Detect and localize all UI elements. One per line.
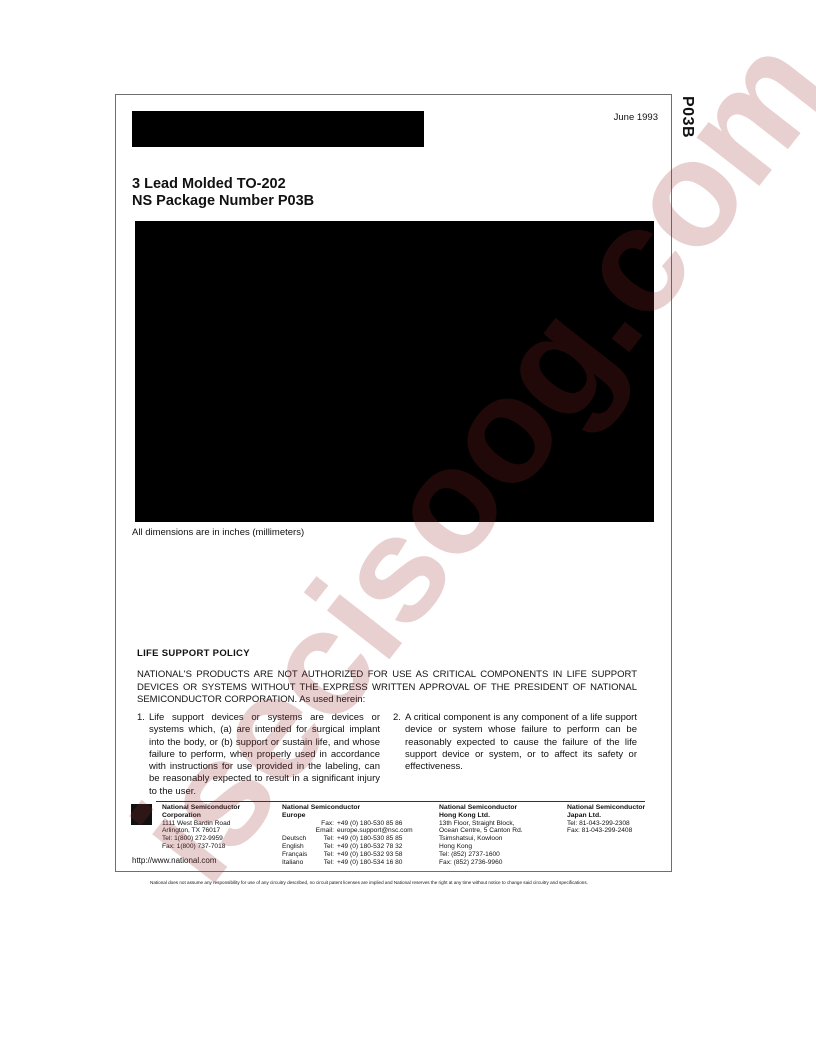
policy-item-2: 2. A critical component is any component…	[393, 712, 637, 773]
policy-item-number: 1.	[137, 712, 145, 724]
phone-line: Tel: 81-043-299-2308	[567, 820, 630, 827]
language-label: English	[282, 843, 310, 851]
contact-value: +49 (0) 180-532 93 58	[337, 851, 402, 859]
dimension-note: All dimensions are in inches (millimeter…	[132, 527, 304, 538]
contact-type-label: Email:	[310, 827, 337, 835]
office-subname: Japan Ltd.	[567, 812, 601, 819]
fax-line: Fax: 81-043-299-2408	[567, 827, 632, 834]
address-line: 1111 West Bardin Road	[162, 820, 230, 827]
europe-contact-row: ItalianoTel:+49 (0) 180-534 16 80	[282, 859, 413, 867]
address-usa: National Semiconductor Corporation 1111 …	[162, 804, 240, 851]
language-label	[282, 827, 310, 835]
policy-item-number: 2.	[393, 712, 401, 724]
office-name: National Semiconductor	[282, 804, 360, 811]
policy-item-text: A critical component is any component of…	[405, 712, 637, 773]
redacted-logo-bar	[132, 111, 424, 147]
website-link[interactable]: http://www.national.com	[132, 856, 216, 865]
contact-type-label: Tel:	[310, 843, 337, 851]
address-line: Hong Kong	[439, 843, 472, 850]
office-subname: Hong Kong Ltd.	[439, 812, 490, 819]
contact-type-label: Tel:	[310, 859, 337, 867]
europe-contact-row: Fax:+49 (0) 180-530 85 86	[282, 820, 413, 828]
office-subname: Europe	[282, 812, 305, 819]
language-label: Français	[282, 851, 310, 859]
address-hong-kong: National Semiconductor Hong Kong Ltd. 13…	[439, 804, 523, 866]
document-date: June 1993	[560, 112, 658, 123]
address-line: Arlington, TX 76017	[162, 827, 220, 834]
phone-line: Tel: 1(800) 272-9959	[162, 835, 223, 842]
address-europe: National Semiconductor Europe Fax:+49 (0…	[282, 804, 413, 866]
office-name: National Semiconductor	[439, 804, 517, 811]
policy-heading: LIFE SUPPORT POLICY	[137, 648, 250, 659]
policy-item-1: 1. Life support devices or systems are d…	[137, 712, 380, 798]
address-line: Ocean Centre, 5 Canton Rd.	[439, 827, 523, 834]
legal-disclaimer: National does not assume any responsibil…	[150, 880, 588, 885]
policy-intro: NATIONAL'S PRODUCTS ARE NOT AUTHORIZED F…	[137, 669, 637, 707]
fax-line: Fax: 1(800) 737-7018	[162, 843, 225, 850]
footer-divider	[156, 801, 645, 802]
europe-contact-row: EnglishTel:+49 (0) 180-532 78 32	[282, 843, 413, 851]
address-line: 13th Floor, Straight Block,	[439, 820, 515, 827]
policy-item-text: Life support devices or systems are devi…	[149, 712, 380, 798]
europe-contact-row: FrançaisTel:+49 (0) 180-532 93 58	[282, 851, 413, 859]
contact-type-label: Tel:	[310, 835, 337, 843]
language-label: Deutsch	[282, 835, 310, 843]
europe-contact-row: Email:europe.support@nsc.com	[282, 827, 413, 835]
national-logo-icon	[131, 804, 152, 825]
contact-value: +49 (0) 180-534 16 80	[337, 859, 402, 867]
contact-value: +49 (0) 180-530 85 86	[337, 820, 402, 828]
office-subname: Corporation	[162, 812, 201, 819]
page-title: 3 Lead Molded TO-202 NS Package Number P…	[132, 176, 314, 210]
language-label	[282, 820, 310, 828]
address-japan: National Semiconductor Japan Ltd. Tel: 8…	[567, 804, 645, 835]
contact-type-label: Tel:	[310, 851, 337, 859]
office-name: National Semiconductor	[162, 804, 240, 811]
contact-value: +49 (0) 180-532 78 32	[337, 843, 402, 851]
phone-line: Tel: (852) 2737-1600	[439, 851, 500, 858]
language-label: Italiano	[282, 859, 310, 867]
fax-line: Fax: (852) 2736-9960	[439, 859, 502, 866]
office-name: National Semiconductor	[567, 804, 645, 811]
title-line-2: NS Package Number P03B	[132, 193, 314, 210]
contact-value: +49 (0) 180-530 85 85	[337, 835, 402, 843]
title-line-1: 3 Lead Molded TO-202	[132, 176, 314, 193]
contact-value: europe.support@nsc.com	[337, 827, 413, 835]
package-side-label: P03B	[676, 96, 696, 138]
address-line: Tsimshatsui, Kowloon	[439, 835, 502, 842]
package-drawing	[135, 221, 654, 522]
contact-type-label: Fax:	[310, 820, 337, 828]
europe-contact-row: DeutschTel:+49 (0) 180-530 85 85	[282, 835, 413, 843]
